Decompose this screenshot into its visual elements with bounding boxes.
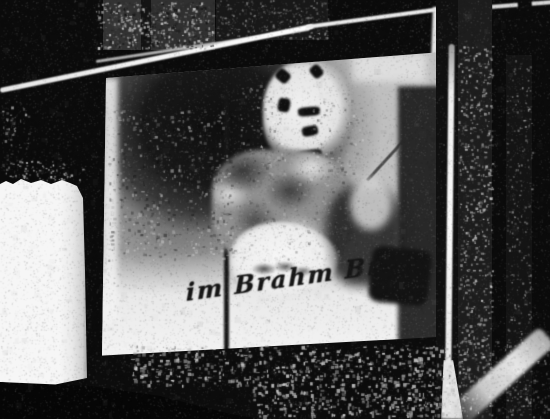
white-column (0, 176, 88, 386)
photograph: im Brahm Br (0, 0, 550, 419)
upper-window (93, 0, 215, 50)
window-sign: im Brahm Br (102, 52, 442, 356)
figure-arm-highlight (350, 178, 392, 230)
sign-left-highlight (102, 78, 118, 322)
textured-pillar-left (458, 0, 492, 419)
